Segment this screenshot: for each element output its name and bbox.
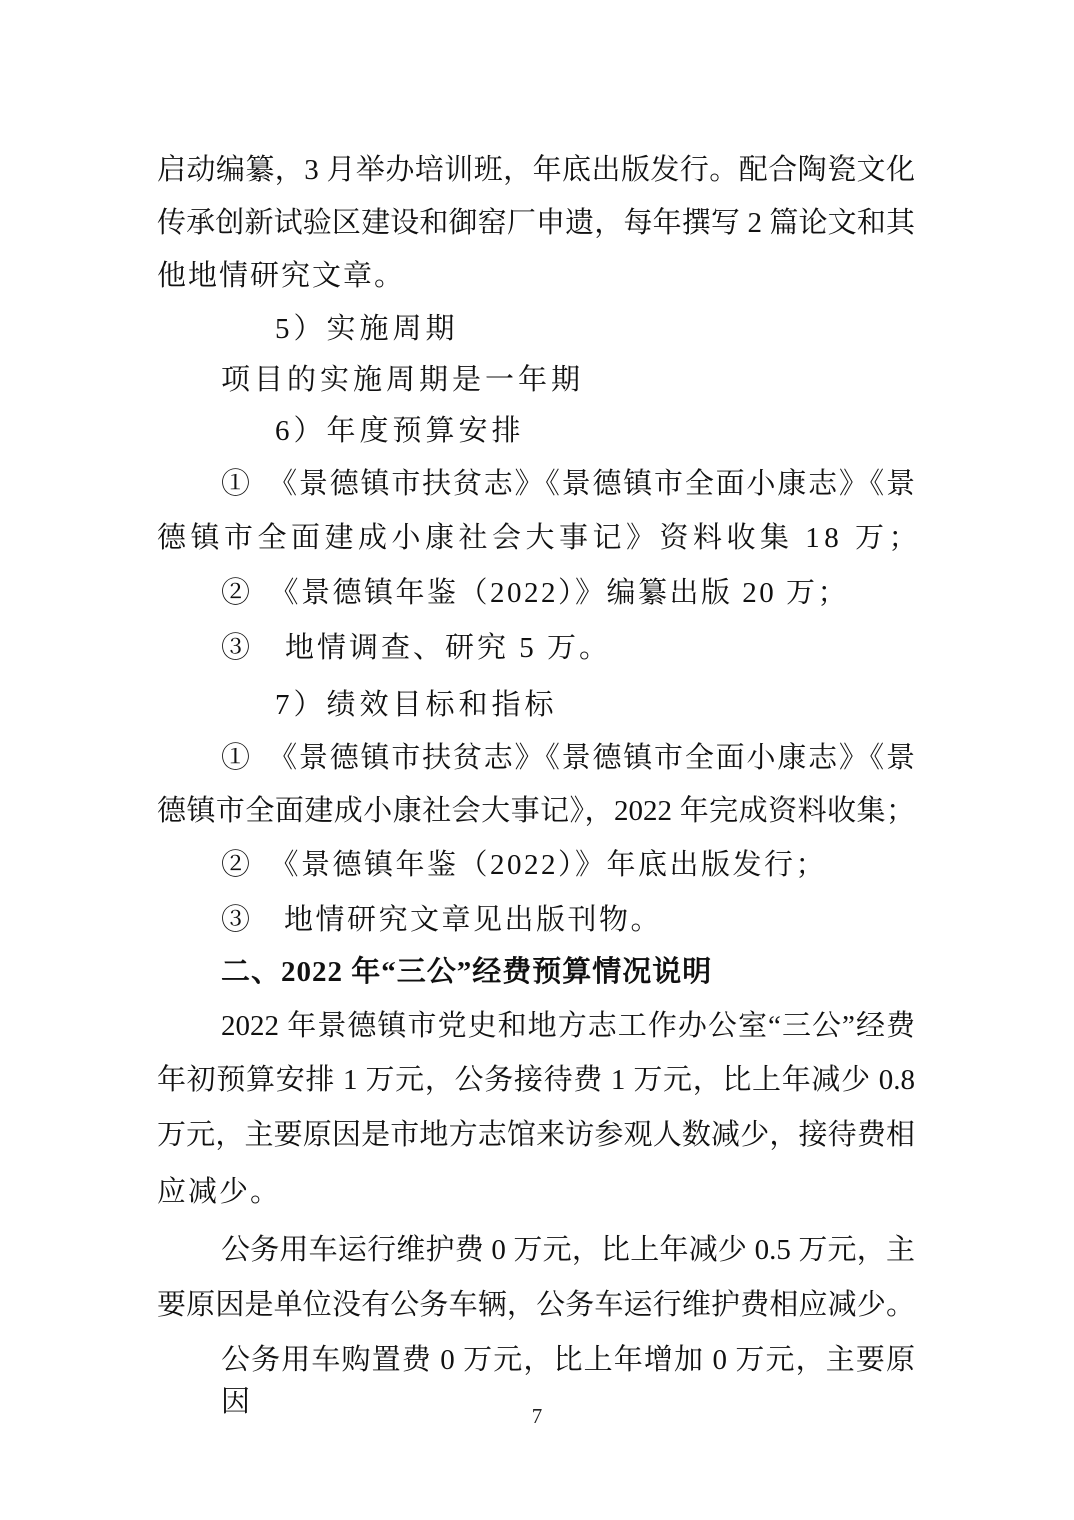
text-line-4: 5）实施周期 <box>275 308 915 352</box>
text-line-7: ① 《景德镇市扶贫志》《景德镇市全面小康志》《景 <box>221 463 915 507</box>
text-line-21: 公务用车运行维护费 0 万元，比上年减少 0.5 万元，主 <box>221 1229 915 1273</box>
text-line-18: 年初预算安排 1 万元，公务接待费 1 万元，比上年减少 0.8 <box>157 1059 915 1103</box>
text-line-20: 应减少。 <box>157 1171 915 1215</box>
text-line-3: 他地情研究文章。 <box>157 255 915 299</box>
text-line-10: ③ 地情调查、研究 5 万。 <box>221 627 915 671</box>
text-line-22: 要原因是单位没有公务车辆，公务车运行维护费相应减少。 <box>157 1284 915 1328</box>
text-line-16: 二、2022 年“三公”经费预算情况说明 <box>221 951 915 995</box>
text-line-6: 6）年度预算安排 <box>275 410 915 454</box>
text-line-23: 公务用车购置费 0 万元，比上年增加 0 万元，主要原因 <box>221 1339 915 1383</box>
text-line-19: 万元，主要原因是市地方志馆来访参观人数减少，接待费相 <box>157 1114 915 1158</box>
text-line-12: ① 《景德镇市扶贫志》《景德镇市全面小康志》《景 <box>221 737 915 781</box>
text-line-15: ③ 地情研究文章见出版刊物。 <box>221 899 915 943</box>
text-line-1: 启动编纂，3 月举办培训班，年底出版发行。配合陶瓷文化 <box>157 149 915 193</box>
text-line-11: 7）绩效目标和指标 <box>275 684 915 728</box>
text-line-9: ② 《景德镇年鉴（2022）》编纂出版 20 万； <box>221 572 915 616</box>
text-line-2: 传承创新试验区建设和御窑厂申遗，每年撰写 2 篇论文和其 <box>157 202 915 246</box>
text-line-8: 德镇市全面建成小康社会大事记》资料收集 18 万； <box>157 517 915 561</box>
text-line-14: ② 《景德镇年鉴（2022）》年底出版发行； <box>221 844 915 888</box>
document-page: 启动编纂，3 月举办培训班，年底出版发行。配合陶瓷文化传承创新试验区建设和御窑厂… <box>0 0 1074 1520</box>
text-line-13: 德镇市全面建成小康社会大事记》，2022 年完成资料收集； <box>157 790 915 834</box>
page-number: 7 <box>0 1404 1074 1429</box>
text-line-5: 项目的实施周期是一年期 <box>221 359 915 403</box>
text-line-17: 2022 年景德镇市党史和地方志工作办公室“三公”经费 <box>221 1005 915 1049</box>
